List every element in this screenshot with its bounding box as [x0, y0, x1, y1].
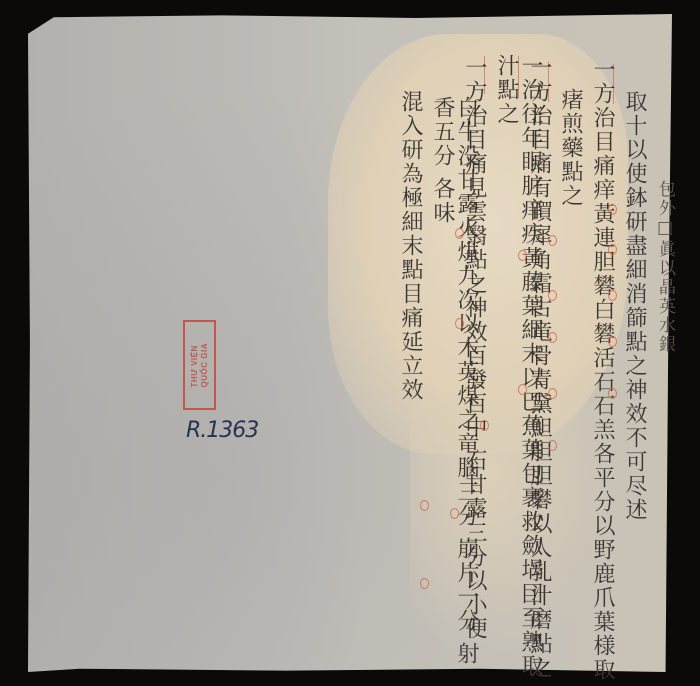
red-punctuation-mark	[548, 440, 557, 451]
red-punctuation-mark	[608, 336, 617, 347]
text-column-1: 包外□眞以晶英水銀	[653, 180, 677, 354]
red-punctuation-mark	[455, 318, 464, 329]
red-punctuation-mark	[608, 388, 617, 399]
red-punctuation-mark	[518, 384, 527, 395]
red-punctuation-mark	[548, 235, 557, 246]
text-column-4: 瘏煎藥點之	[558, 88, 582, 208]
red-punctuation-mark	[608, 204, 617, 215]
red-punctuation-mark	[480, 420, 489, 431]
text-column-3: 一方治目痛痒黃連胆礬白礬活石石羔各平分以野鹿爪葉様取	[590, 58, 614, 682]
red-punctuation-mark	[455, 228, 464, 239]
red-punctuation-mark	[548, 332, 557, 343]
red-punctuation-mark	[608, 244, 617, 255]
text-column-6: 一治往年眼脏痒疾黃藤葉細末以巴蕉葉包裹救歛埚囙至熟取汁點之	[494, 54, 542, 686]
red-punctuation-mark	[548, 290, 557, 301]
red-punctuation-mark	[420, 500, 429, 511]
red-punctuation-mark	[450, 508, 459, 519]
red-punctuation-mark	[548, 388, 557, 399]
red-punctuation-mark	[420, 578, 429, 589]
text-column-9: 混入研為極細末點目痛延立效	[398, 90, 422, 402]
library-stamp: THƯ VIỆN QUỐC GIA	[183, 320, 216, 410]
catalog-number: R.1363	[186, 418, 258, 443]
red-punctuation-mark	[608, 290, 617, 301]
library-stamp-text: THƯ VIỆN QUỐC GIA	[190, 343, 210, 387]
text-column-8: 白牛没甘露火烘九次以木英煤之竜腦三分 崩片一分 射香五分 各味	[430, 96, 478, 686]
red-punctuation-mark	[518, 250, 527, 261]
text-column-2: 取十以使鉢研盡細消篩點之神效不可尽述	[622, 90, 646, 522]
